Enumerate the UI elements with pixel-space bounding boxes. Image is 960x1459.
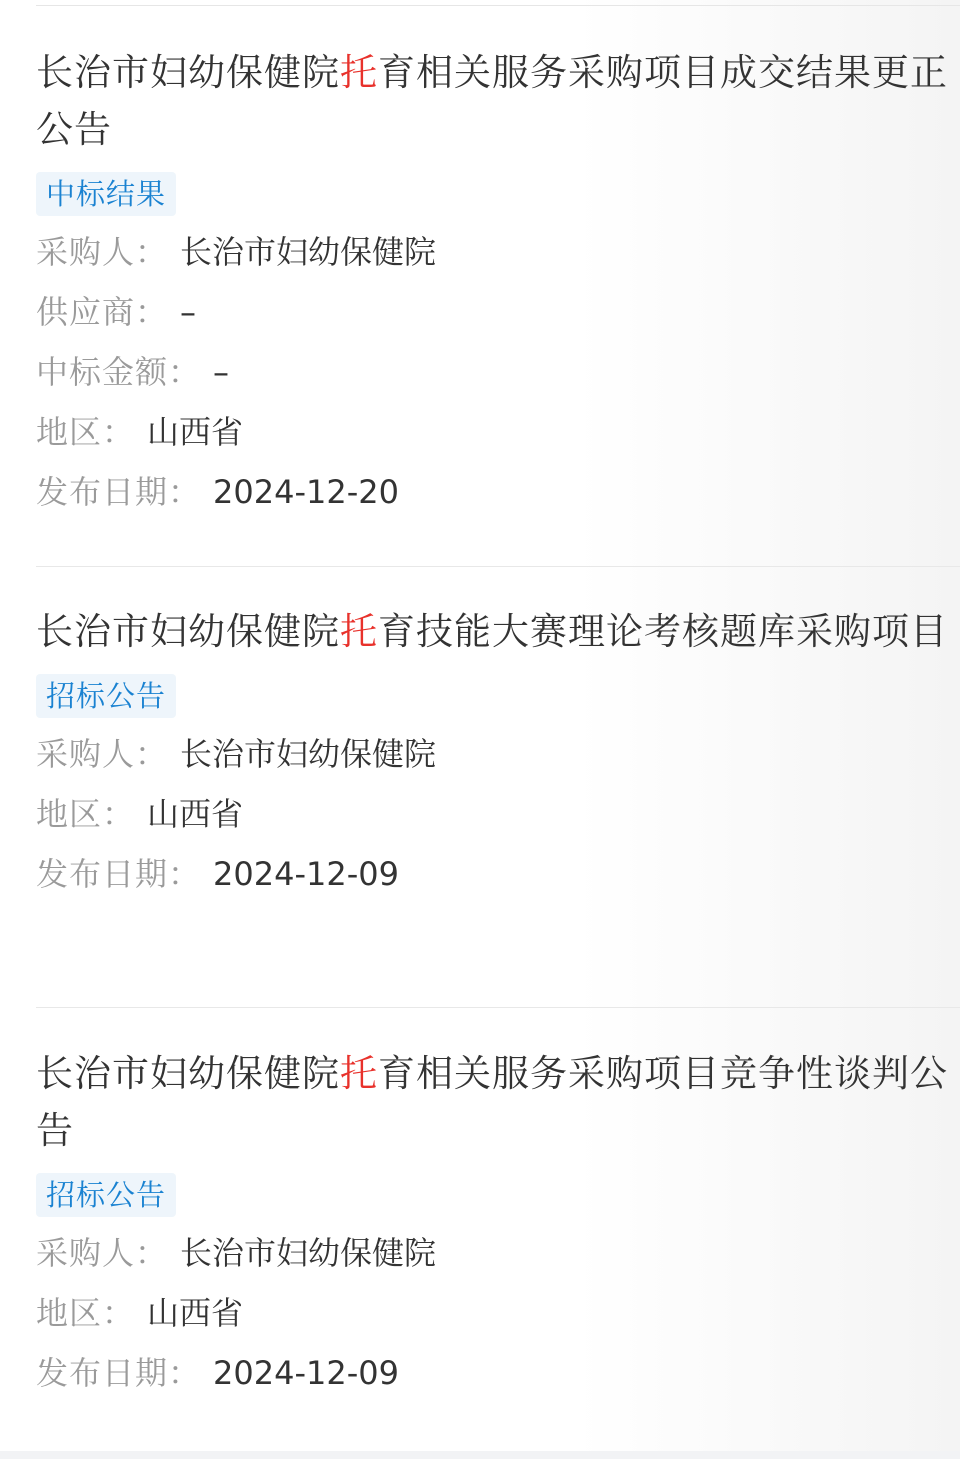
field-publish-date: 发布日期：2024-12-09 <box>36 844 960 904</box>
field-label: 采购人： <box>36 1234 168 1272</box>
card-divider <box>36 1007 960 1008</box>
field-value: 2024-12-09 <box>213 1354 399 1392</box>
field-label: 发布日期： <box>36 473 201 511</box>
category-tag: 招标公告 <box>36 1173 176 1217</box>
title-text: 育技能大赛理论考核题库采购项目 <box>378 610 948 653</box>
field-value: 山西省 <box>147 1294 243 1332</box>
field-purchaser: 采购人：长治市妇幼保健院 <box>36 222 960 282</box>
category-tag: 招标公告 <box>36 674 176 718</box>
field-label: 发布日期： <box>36 1354 201 1392</box>
field-value: 山西省 <box>147 795 243 833</box>
field-bid-amount: 中标金额：– <box>36 342 960 402</box>
category-tag: 中标结果 <box>36 172 176 216</box>
field-value: – <box>213 353 229 391</box>
field-value: 长治市妇幼保健院 <box>180 735 436 773</box>
field-label: 地区： <box>36 795 135 833</box>
title-text: 长治市妇幼保健院 <box>36 1052 340 1095</box>
field-value: 2024-12-20 <box>213 473 399 511</box>
field-label: 采购人： <box>36 735 168 773</box>
field-label: 地区： <box>36 1294 135 1332</box>
title-text: 长治市妇幼保健院 <box>36 51 340 94</box>
field-value: 2024-12-09 <box>213 855 399 893</box>
field-publish-date: 发布日期：2024-12-09 <box>36 1343 960 1403</box>
keyword-highlight: 托 <box>340 51 378 94</box>
keyword-highlight: 托 <box>340 610 378 653</box>
field-value: – <box>180 293 196 331</box>
field-label: 采购人： <box>36 233 168 271</box>
field-label: 供应商： <box>36 293 168 331</box>
field-value: 长治市妇幼保健院 <box>180 233 436 271</box>
field-list: 采购人：长治市妇幼保健院 供应商：– 中标金额：– 地区：山西省 发布日期：20… <box>36 222 960 522</box>
field-supplier: 供应商：– <box>36 282 960 342</box>
field-publish-date: 发布日期：2024-12-20 <box>36 462 960 522</box>
field-value: 长治市妇幼保健院 <box>180 1234 436 1272</box>
field-region: 地区：山西省 <box>36 1283 960 1343</box>
result-card-2[interactable]: 长治市妇幼保健院托育技能大赛理论考核题库采购项目 招标公告 采购人：长治市妇幼保… <box>36 603 960 904</box>
card-divider <box>36 566 960 567</box>
field-label: 中标金额： <box>36 353 201 391</box>
result-title[interactable]: 长治市妇幼保健院托育相关服务采购项目竞争性谈判公告 <box>36 1045 960 1159</box>
result-card-3[interactable]: 长治市妇幼保健院托育相关服务采购项目竞争性谈判公告 招标公告 采购人：长治市妇幼… <box>36 1045 960 1403</box>
field-list: 采购人：长治市妇幼保健院 地区：山西省 发布日期：2024-12-09 <box>36 1223 960 1403</box>
top-divider <box>36 5 960 6</box>
field-region: 地区：山西省 <box>36 784 960 844</box>
field-value: 山西省 <box>147 413 243 451</box>
field-region: 地区：山西省 <box>36 402 960 462</box>
bottom-band <box>0 1451 960 1459</box>
field-list: 采购人：长治市妇幼保健院 地区：山西省 发布日期：2024-12-09 <box>36 724 960 904</box>
field-label: 发布日期： <box>36 855 201 893</box>
field-label: 地区： <box>36 413 135 451</box>
keyword-highlight: 托 <box>340 1052 378 1095</box>
result-title[interactable]: 长治市妇幼保健院托育技能大赛理论考核题库采购项目 <box>36 603 960 660</box>
result-title[interactable]: 长治市妇幼保健院托育相关服务采购项目成交结果更正公告 <box>36 44 960 158</box>
field-purchaser: 采购人：长治市妇幼保健院 <box>36 724 960 784</box>
field-purchaser: 采购人：长治市妇幼保健院 <box>36 1223 960 1283</box>
title-text: 长治市妇幼保健院 <box>36 610 340 653</box>
result-card-1[interactable]: 长治市妇幼保健院托育相关服务采购项目成交结果更正公告 中标结果 采购人：长治市妇… <box>36 44 960 522</box>
